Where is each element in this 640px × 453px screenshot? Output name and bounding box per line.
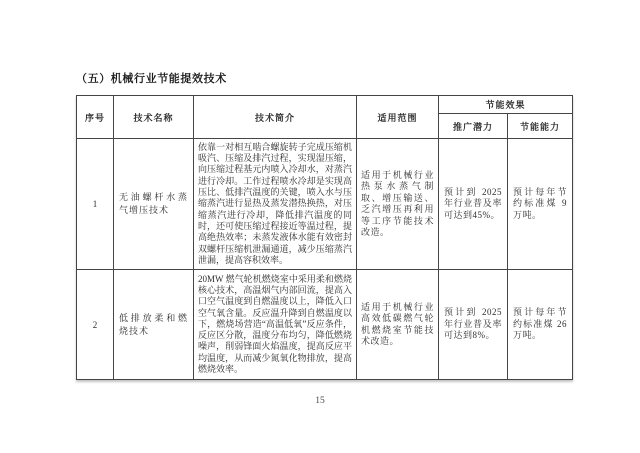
cell-capability: 预计每年节约标准煤 9 万吨。 <box>508 139 573 270</box>
table-header: 序号 技术名称 技术简介 适用范围 节能效果 推广潜力 节能能力 <box>77 96 573 139</box>
table-body: 1 无油螺杆水蒸气增压技术 依靠一对相互啮合螺旋转子完成压缩机吸汽、压缩及排汽过… <box>77 139 573 380</box>
energy-saving-tech-table: 序号 技术名称 技术简介 适用范围 节能效果 推广潜力 节能能力 1 无油螺杆水… <box>76 95 573 380</box>
cell-tech-intro: 依靠一对相互啮合螺旋转子完成压缩机吸汽、压缩及排汽过程，实现湿压缩，向压缩过程基… <box>194 139 357 270</box>
page-number: 15 <box>0 396 640 406</box>
cell-capability: 预计每年节约标准煤 26 万吨。 <box>508 270 573 380</box>
cell-tech-name: 无油螺杆水蒸气增压技术 <box>114 139 194 270</box>
header-row-top: 序号 技术名称 技术简介 适用范围 节能效果 <box>77 96 573 114</box>
col-header-name: 技术名称 <box>114 96 194 139</box>
col-header-capability: 节能能力 <box>508 114 573 139</box>
cell-seq: 1 <box>77 139 114 270</box>
section-heading: （五）机械行业节能提效技术 <box>76 70 227 86</box>
cell-potential: 预计到 2025 年行业普及率可达到8%。 <box>439 270 508 380</box>
cell-tech-name: 低排放柔和燃烧技术 <box>114 270 194 380</box>
table-row: 2 低排放柔和燃烧技术 20MW 燃气轮机燃烧室中采用柔和燃烧核心技术，高温烟气… <box>77 270 573 380</box>
cell-potential: 预计到 2025 年行业普及率可达到45%。 <box>439 139 508 270</box>
col-header-scope: 适用范围 <box>357 96 439 139</box>
cell-tech-intro: 20MW 燃气轮机燃烧室中采用柔和燃烧核心技术，高温烟气内部回流，提高入口空气温… <box>194 270 357 380</box>
col-header-potential: 推广潜力 <box>439 114 508 139</box>
cell-seq: 2 <box>77 270 114 380</box>
document-page: （五）机械行业节能提效技术 序号 技术名称 技术简介 适用范围 节能效果 推广潜… <box>0 0 640 453</box>
col-header-seq: 序号 <box>77 96 114 139</box>
table-row: 1 无油螺杆水蒸气增压技术 依靠一对相互啮合螺旋转子完成压缩机吸汽、压缩及排汽过… <box>77 139 573 270</box>
cell-scope: 适用于机械行业热泵水蒸气制取、增压输送、乏汽增压再利用等工序节能技术改造。 <box>357 139 439 270</box>
col-header-intro: 技术简介 <box>194 96 357 139</box>
cell-scope: 适用于机械行业高效低碳燃气轮机燃烧室节能技术改造。 <box>357 270 439 380</box>
col-header-effect-group: 节能效果 <box>439 96 573 114</box>
